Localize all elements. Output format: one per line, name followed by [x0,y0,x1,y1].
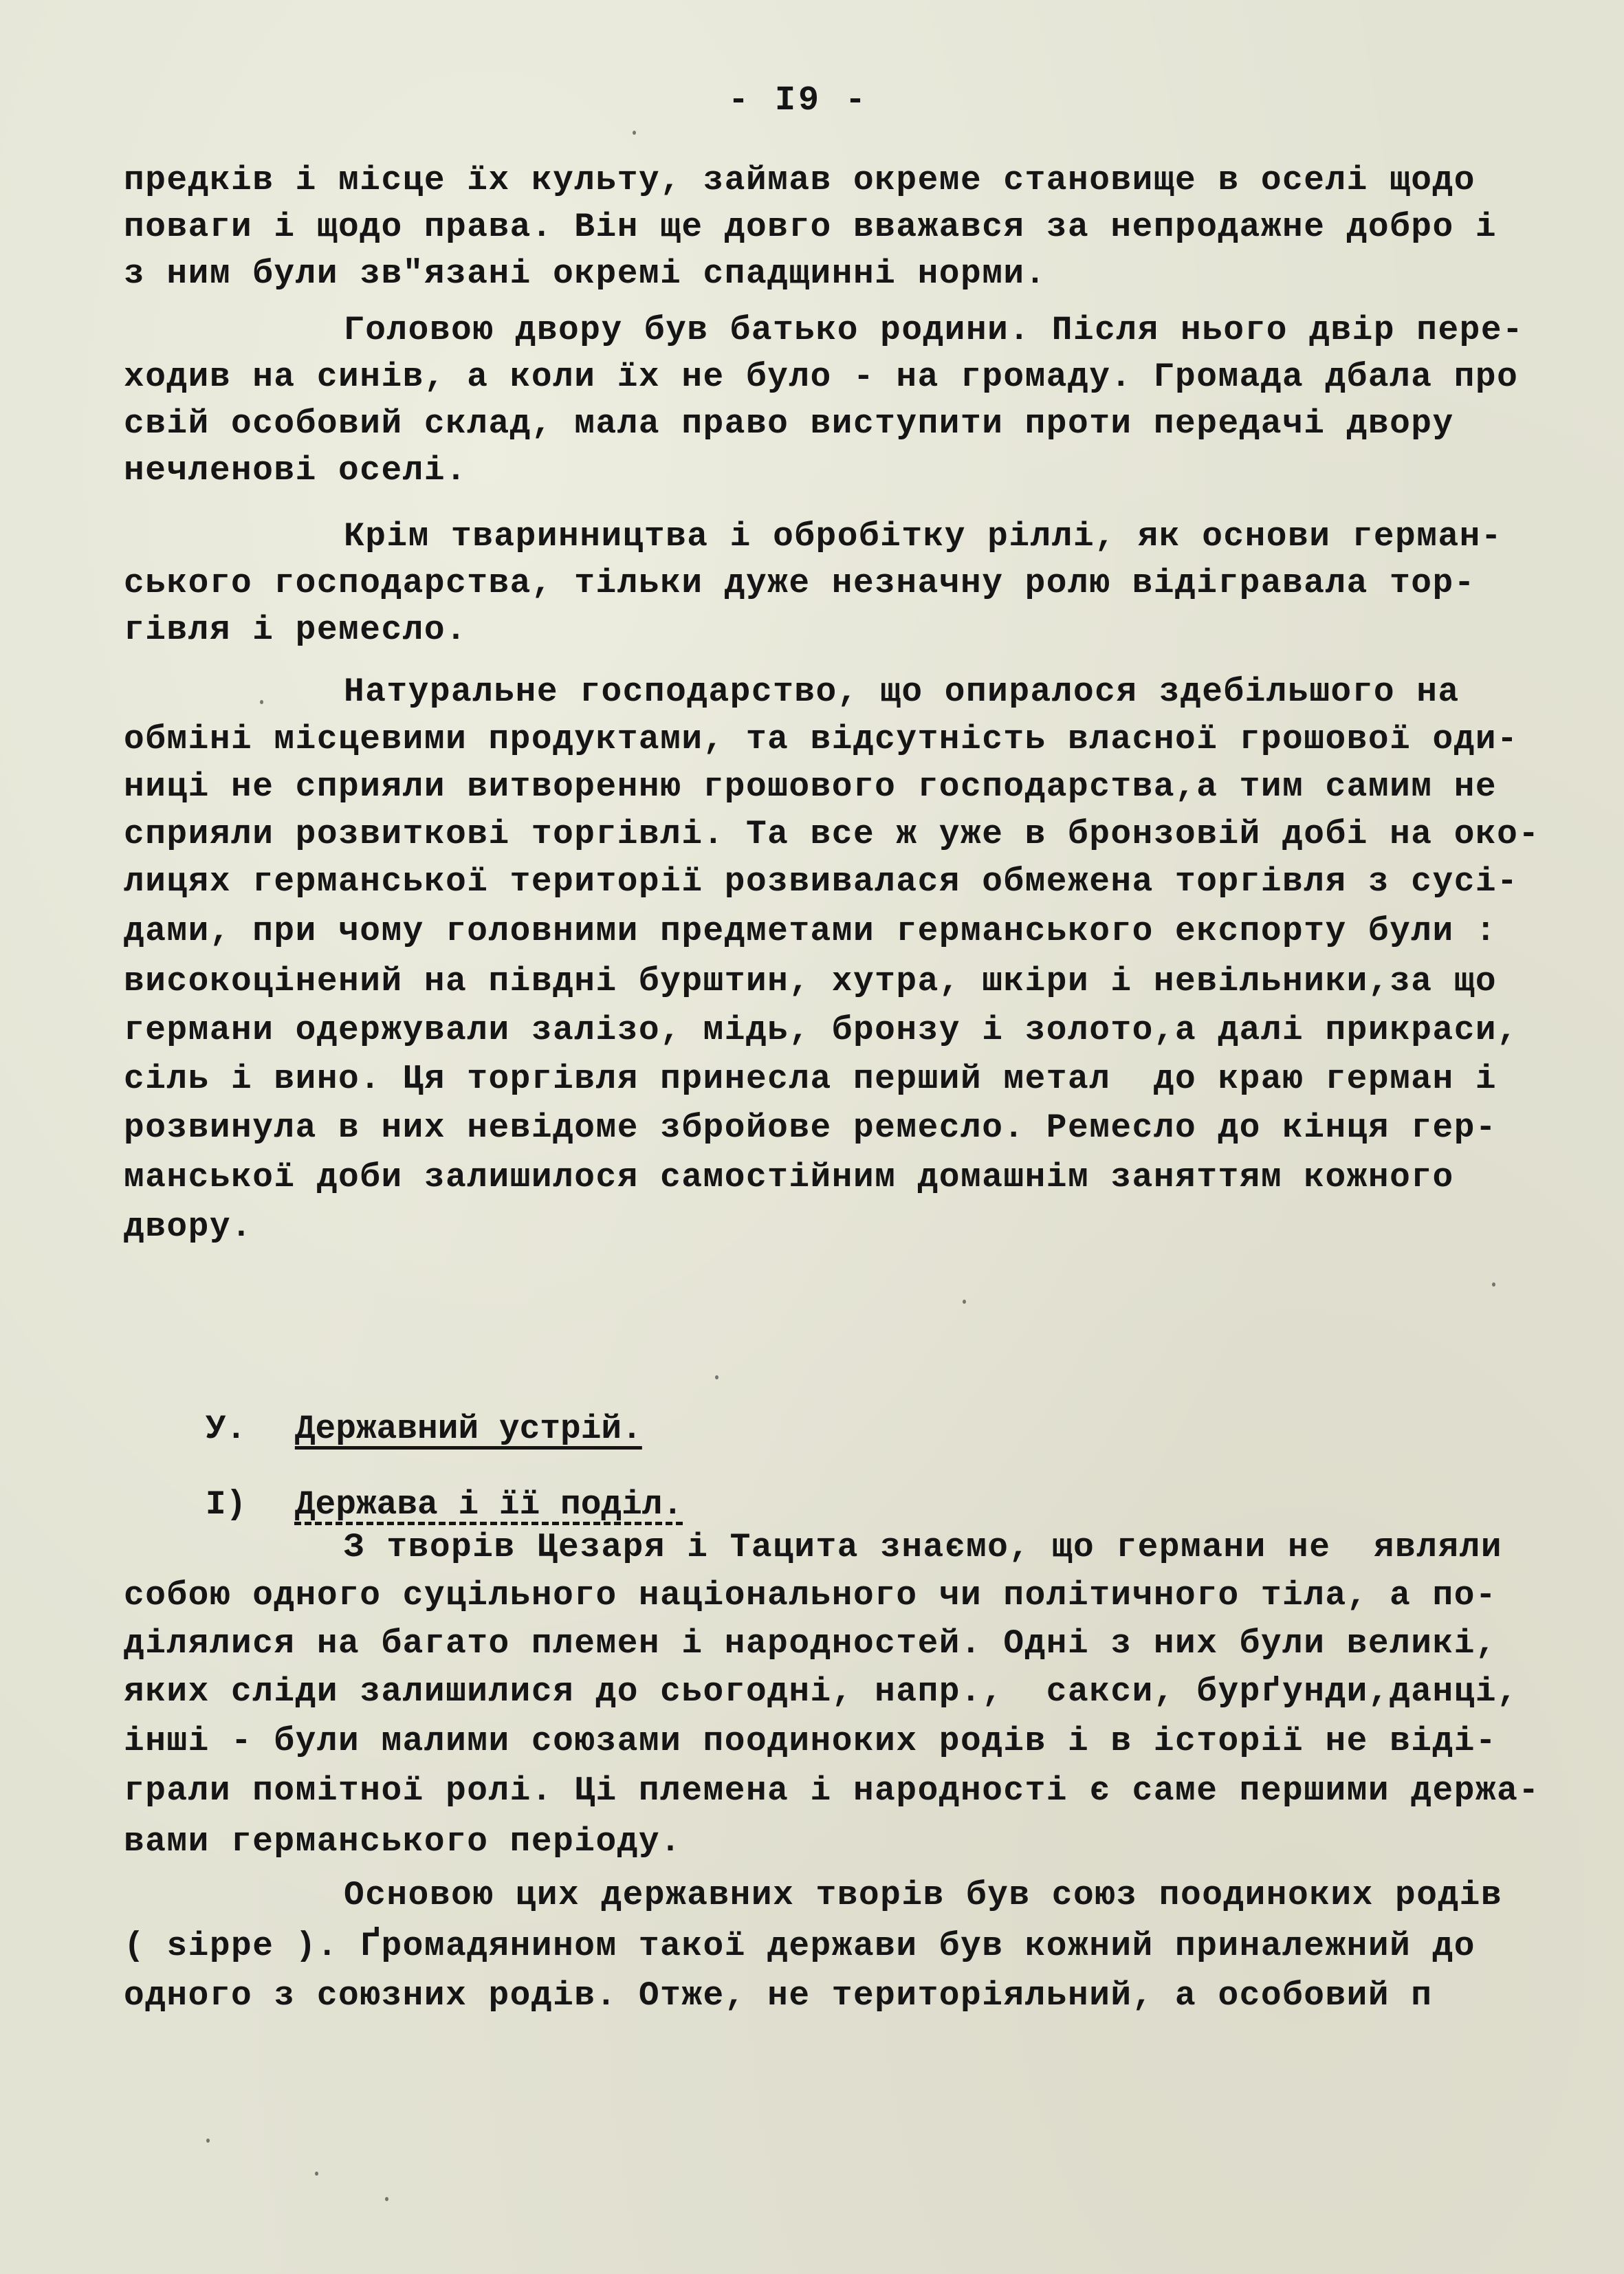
text-line: гівля і ремесло. [124,613,467,648]
scan-speck [963,1300,966,1304]
text-line: ського господарства, тільки дуже незначн… [124,567,1475,601]
scan-speck [715,1375,718,1379]
section-number: У. [206,1412,295,1447]
text-line: Основою цих державних творів був союз по… [344,1879,1502,1913]
text-line: германи одержували залізо, мідь, бронзу … [124,1014,1518,1048]
text-line: обміні місцевими продуктами, та відсутні… [124,723,1518,757]
text-line: Головою двору був батько родини. Після н… [344,314,1524,348]
text-line: розвинула в них невідоме збройове ремесл… [124,1111,1497,1146]
scan-speck [633,131,636,135]
text-line: яких сліди залишилися до сьогодні, напр.… [124,1675,1518,1709]
text-line: манської доби залишилося самостійним дом… [124,1161,1454,1195]
text-line: Крім тваринництва і обробітку ріллі, як … [344,520,1502,554]
text-line: свій особовий склад, мала право виступит… [124,407,1454,441]
text-line: поваги і щодо права. Він ще довго вважав… [124,210,1497,245]
text-line: інші - були малими союзами поодиноких ро… [124,1725,1497,1759]
text-line: З творів Цезаря і Тацита знаємо, що герм… [344,1531,1502,1565]
scan-speck [385,2197,388,2201]
text-line: дами, при чому головними предметами герм… [124,915,1497,949]
text-line: сіль і вино. Ця торгівля принесла перший… [124,1062,1497,1097]
text-line: вами германського періоду. [124,1825,681,1859]
scan-speck [260,700,263,704]
text-line: одного з союзних родів. Отже, не територ… [124,1979,1433,2013]
section-title: Державний устрій. [295,1410,642,1448]
text-line: ходив на синів, а коли їх не було - на г… [124,360,1518,395]
text-line: сприяли розвиткові торгівлі. Та все ж уж… [124,818,1540,852]
scan-speck [206,2139,210,2143]
text-line: двору. [124,1210,252,1245]
page-number: - I9 - [0,81,1610,120]
text-line: ( sippe ). Ґромадянином такої держави бу… [124,1929,1475,1964]
text-line: лицях германської території розвивалася … [124,865,1518,899]
document-page: - I9 - предків і місце їх культу, займав… [0,0,1624,2274]
text-line: грали помітної ролі. Ці племена і народн… [124,1774,1540,1808]
scan-speck [1492,1282,1495,1287]
text-line: нечленові оселі. [124,454,467,488]
text-line: ділялися на багато племен і народностей.… [124,1627,1497,1661]
text-line: Натуральне господарство, що опиралося зд… [344,675,1460,710]
text-line: ниці не сприяли витворенню грошового гос… [124,770,1497,805]
scan-speck [315,2172,318,2176]
text-line: предків і місце їх культу, займав окреме… [124,164,1475,198]
text-line: собою одного суцільного національного чи… [124,1579,1497,1613]
text-line: високоцінений на півдні бурштин, хутра, … [124,965,1497,999]
text-line: з ним були зв"язані окремі спадщинні нор… [124,257,1046,292]
subsection-title: Держава і її поділ. [295,1485,683,1524]
subsection-number: I) [206,1488,295,1522]
